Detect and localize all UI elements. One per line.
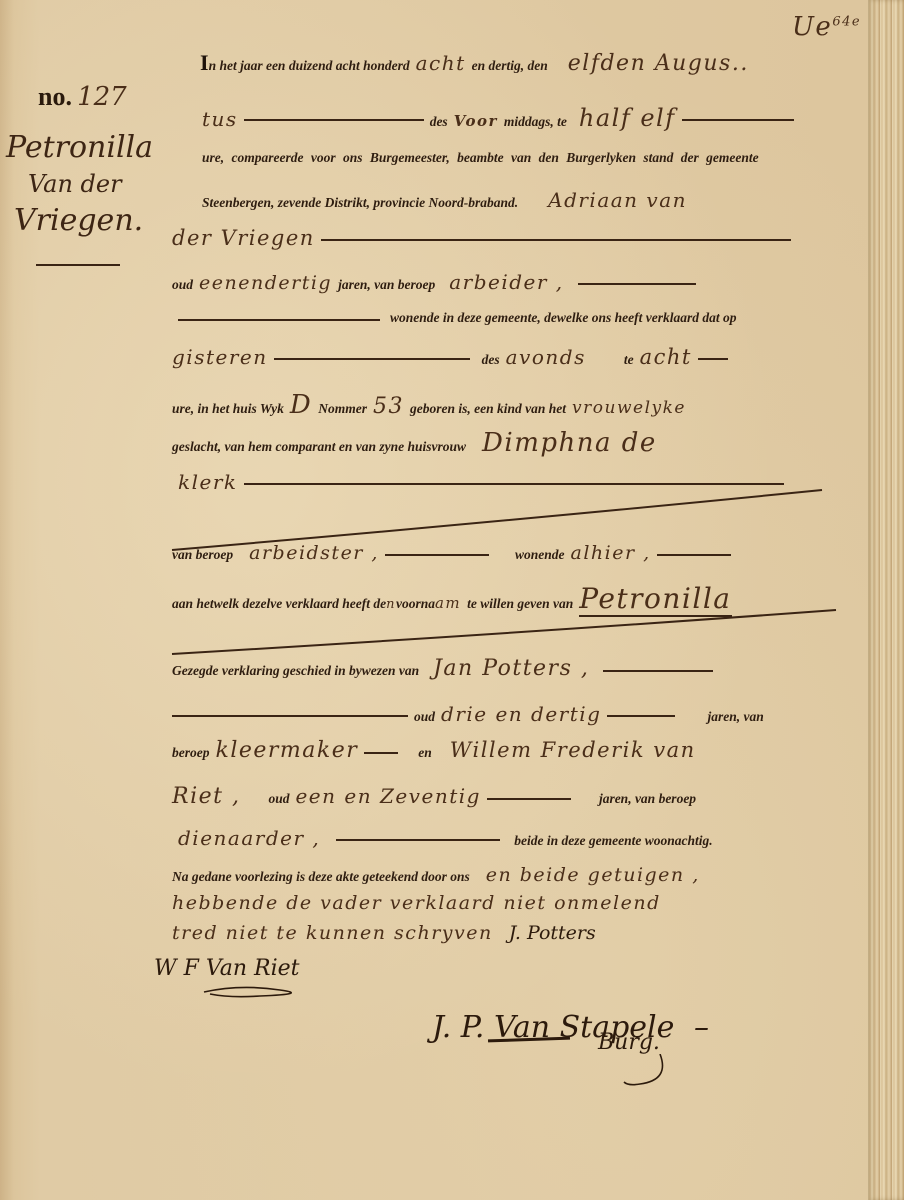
blank-rule <box>364 752 398 754</box>
printed-text: beroep <box>172 745 210 761</box>
blank-rule <box>698 358 728 360</box>
record-line-5: der Vriegen <box>172 226 791 250</box>
blank-rule <box>172 715 408 717</box>
blank-rule <box>385 554 489 556</box>
witness-1-signature: J. Potters <box>509 922 596 944</box>
handwritten-witness-2-surname: Riet , <box>172 784 240 809</box>
record-line-19: Na gedane voorlezing is deze akte geteek… <box>172 864 700 886</box>
record-line-15: oud drie en dertig jaren, van <box>172 702 764 726</box>
printed-text: des <box>482 352 500 368</box>
handwritten-date: elfden Augus.. <box>568 51 749 76</box>
dropcap: I <box>200 50 209 75</box>
handwritten-day: gisteren <box>172 345 268 369</box>
record-line-14: Gezegde verklaring geschied in bywezen v… <box>172 656 713 681</box>
record-line-16: beroep kleermaker en Willem Frederik van <box>172 738 696 763</box>
printed-text: Nommer <box>318 401 367 417</box>
handwritten-annotation: tred niet te kunnen schryven <box>172 922 493 944</box>
blank-rule <box>578 283 696 285</box>
blank-rule <box>603 670 713 672</box>
printed-text: en <box>418 745 432 761</box>
blank-rule <box>336 839 500 841</box>
handwritten-father-age: eenendertig <box>199 272 332 294</box>
blank-rule <box>321 239 791 241</box>
margin-name-last: Vriegen. <box>14 203 143 238</box>
signature-flourish <box>200 982 320 1002</box>
printed-text: ure, in het huis Wyk <box>172 401 284 417</box>
record-line-17: Riet , oud een en Zeventig jaren, van be… <box>172 784 696 809</box>
printed-text: geboren is, een kind van het <box>410 401 566 417</box>
blank-rule <box>244 119 424 121</box>
strike-through-line <box>170 608 840 658</box>
margin-number: no. 127 <box>38 82 127 112</box>
handwritten-residence: alhier , <box>571 542 651 564</box>
blank-rule <box>178 319 380 321</box>
record-line-2: tus des Voor middags, te half elf <box>202 104 794 132</box>
record-line-1: In het jaar een duizend acht honderd ach… <box>200 50 749 76</box>
printed-text: Steenbergen, zevende Distrikt, provincie… <box>202 195 518 211</box>
margin-underline <box>36 264 120 266</box>
printed-text: oud <box>172 277 193 293</box>
printed-text: wonende <box>515 547 565 563</box>
printed-text: wonende in deze gemeente, dewelke ons he… <box>390 310 736 326</box>
blank-rule <box>274 358 470 360</box>
handwritten-annotation: hebbende de vader verklaard niet onmelen… <box>172 892 661 914</box>
printed-text: middags, te <box>504 114 567 130</box>
record-line-21: tred niet te kunnen schryven J. Potters <box>172 922 596 944</box>
handwritten-witness-1-name: Jan Potters , <box>433 656 589 681</box>
title-flourish <box>610 1054 670 1094</box>
printed-text: oud <box>414 709 435 725</box>
handwritten-witness-1-age: drie en dertig <box>441 702 601 726</box>
margin-name-middle: Van der <box>28 170 122 198</box>
printed-text: van beroep <box>172 547 233 563</box>
blank-rule <box>487 798 571 800</box>
blank-rule <box>607 715 675 717</box>
record-line-10: geslacht, van hem comparant en van zyne … <box>172 428 657 458</box>
handwritten-father-surname: der Vriegen <box>172 226 315 250</box>
handwritten-witness-2-name: Willem Frederik van <box>450 738 696 762</box>
printed-text: oud <box>268 791 289 807</box>
printed-text: Na gedane voorlezing is deze akte geteek… <box>172 869 470 885</box>
handwritten-text: tus <box>202 107 238 131</box>
record-line-9: ure, in het huis Wyk D Nommer 53 geboren… <box>172 390 686 420</box>
record-line-8: gisteren des avonds te acht <box>172 345 728 369</box>
handwritten-mother-name: Dimphna de <box>482 428 657 458</box>
folio-number: 64e <box>832 14 861 29</box>
printed-text: en dertig, den <box>472 58 548 74</box>
record-line-7: wonende in deze gemeente, dewelke ons he… <box>178 310 736 326</box>
handwritten-father-occupation: arbeider , <box>449 270 563 294</box>
record-line-12: van beroep arbeidster , wonende alhier , <box>172 542 731 564</box>
witness-2-signature: W F Van Riet <box>154 956 299 981</box>
handwritten-ward: D <box>290 390 312 420</box>
handwritten-year: acht <box>416 51 466 75</box>
record-line-20: hebbende de vader verklaard niet onmelen… <box>172 892 661 914</box>
printed-text: geslacht, van hem comparant en van zyne … <box>172 439 466 455</box>
blank-rule <box>657 554 731 556</box>
handwritten-witness-2-occupation: dienaarder , <box>178 826 320 850</box>
printed-text: te <box>624 352 634 368</box>
handwritten-house-number: 53 <box>373 394 404 419</box>
record-line-6: oud eenendertig jaren, van beroep arbeid… <box>172 270 696 294</box>
handwritten-hour: half elf <box>579 104 676 132</box>
registrar-signature: J. P. Van Stapele – <box>432 1010 709 1045</box>
printed-text: ure, compareerde voor ons Burgemeester, … <box>202 150 759 166</box>
record-line-4: Steenbergen, zevende Distrikt, provincie… <box>202 188 687 212</box>
printed-text: beide in deze gemeente woonachtig. <box>514 833 712 849</box>
number-label: no. <box>38 82 72 111</box>
corner-mark-text: Ue <box>792 12 832 42</box>
handwritten-annotation: en beide getuigen , <box>486 864 700 886</box>
blank-rule <box>682 119 794 121</box>
handwritten-mother-occupation: arbeidster , <box>249 542 379 564</box>
record-line-18: dienaarder , beide in deze gemeente woon… <box>178 826 713 850</box>
handwritten-sex: vrouwelyke <box>572 398 686 418</box>
handwritten-witness-2-age: een en Zeventig <box>295 784 480 808</box>
corner-mark: Ue64e <box>792 12 861 42</box>
number-value: 127 <box>77 82 127 112</box>
printed-text: des <box>430 114 448 130</box>
handwritten-part-of-day: avonds <box>506 345 586 369</box>
printed-text: jaren, van beroep <box>599 791 696 807</box>
registrar-title: Burg. <box>598 1030 660 1055</box>
printed-text: n het jaar een duizend acht honderd <box>209 58 410 73</box>
page-binding-edge <box>868 0 904 1200</box>
handwritten-witness-1-occupation: kleermaker <box>216 738 359 763</box>
margin-name-first: Petronilla <box>6 130 153 165</box>
record-line-3: ure, compareerde voor ons Burgemeester, … <box>202 150 759 166</box>
printed-text: Gezegde verklaring geschied in bywezen v… <box>172 663 419 679</box>
printed-text: jaren, van <box>707 709 763 725</box>
printed-text: jaren, van beroep <box>338 277 435 293</box>
register-page: Ue64e no. 127 Petronilla Van der Vriegen… <box>0 0 868 1200</box>
handwritten-time-of-day: Voor <box>454 112 498 130</box>
handwritten-birth-hour: acht <box>640 345 692 369</box>
handwritten-father-name: Adriaan van <box>548 188 687 212</box>
